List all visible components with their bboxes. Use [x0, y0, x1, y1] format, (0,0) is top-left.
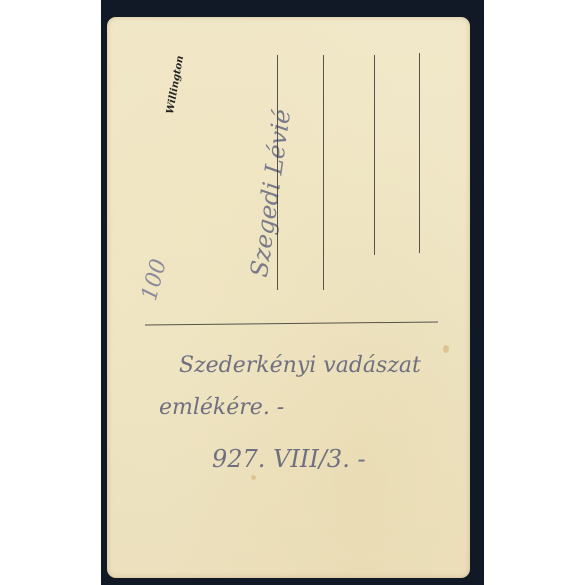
message-line-2: emlékére. -	[159, 395, 284, 420]
stain	[443, 345, 449, 353]
address-line-2	[323, 55, 324, 290]
address-line-1	[277, 55, 278, 290]
postcard-back: Willington 100 Szegedi Lévié Szederkényi…	[107, 17, 470, 578]
address-line-3	[374, 55, 375, 255]
vertical-note: Szegedi Lévié	[245, 108, 296, 279]
stain	[251, 475, 256, 480]
message-line-1: Szederkényi vadászat	[179, 353, 421, 378]
address-line-4	[419, 53, 420, 253]
pencil-number: 100	[137, 256, 172, 303]
message-date: 927. VIII/3. -	[212, 445, 366, 473]
horizontal-divider	[145, 321, 438, 325]
publisher-mark: Willington	[165, 55, 186, 115]
